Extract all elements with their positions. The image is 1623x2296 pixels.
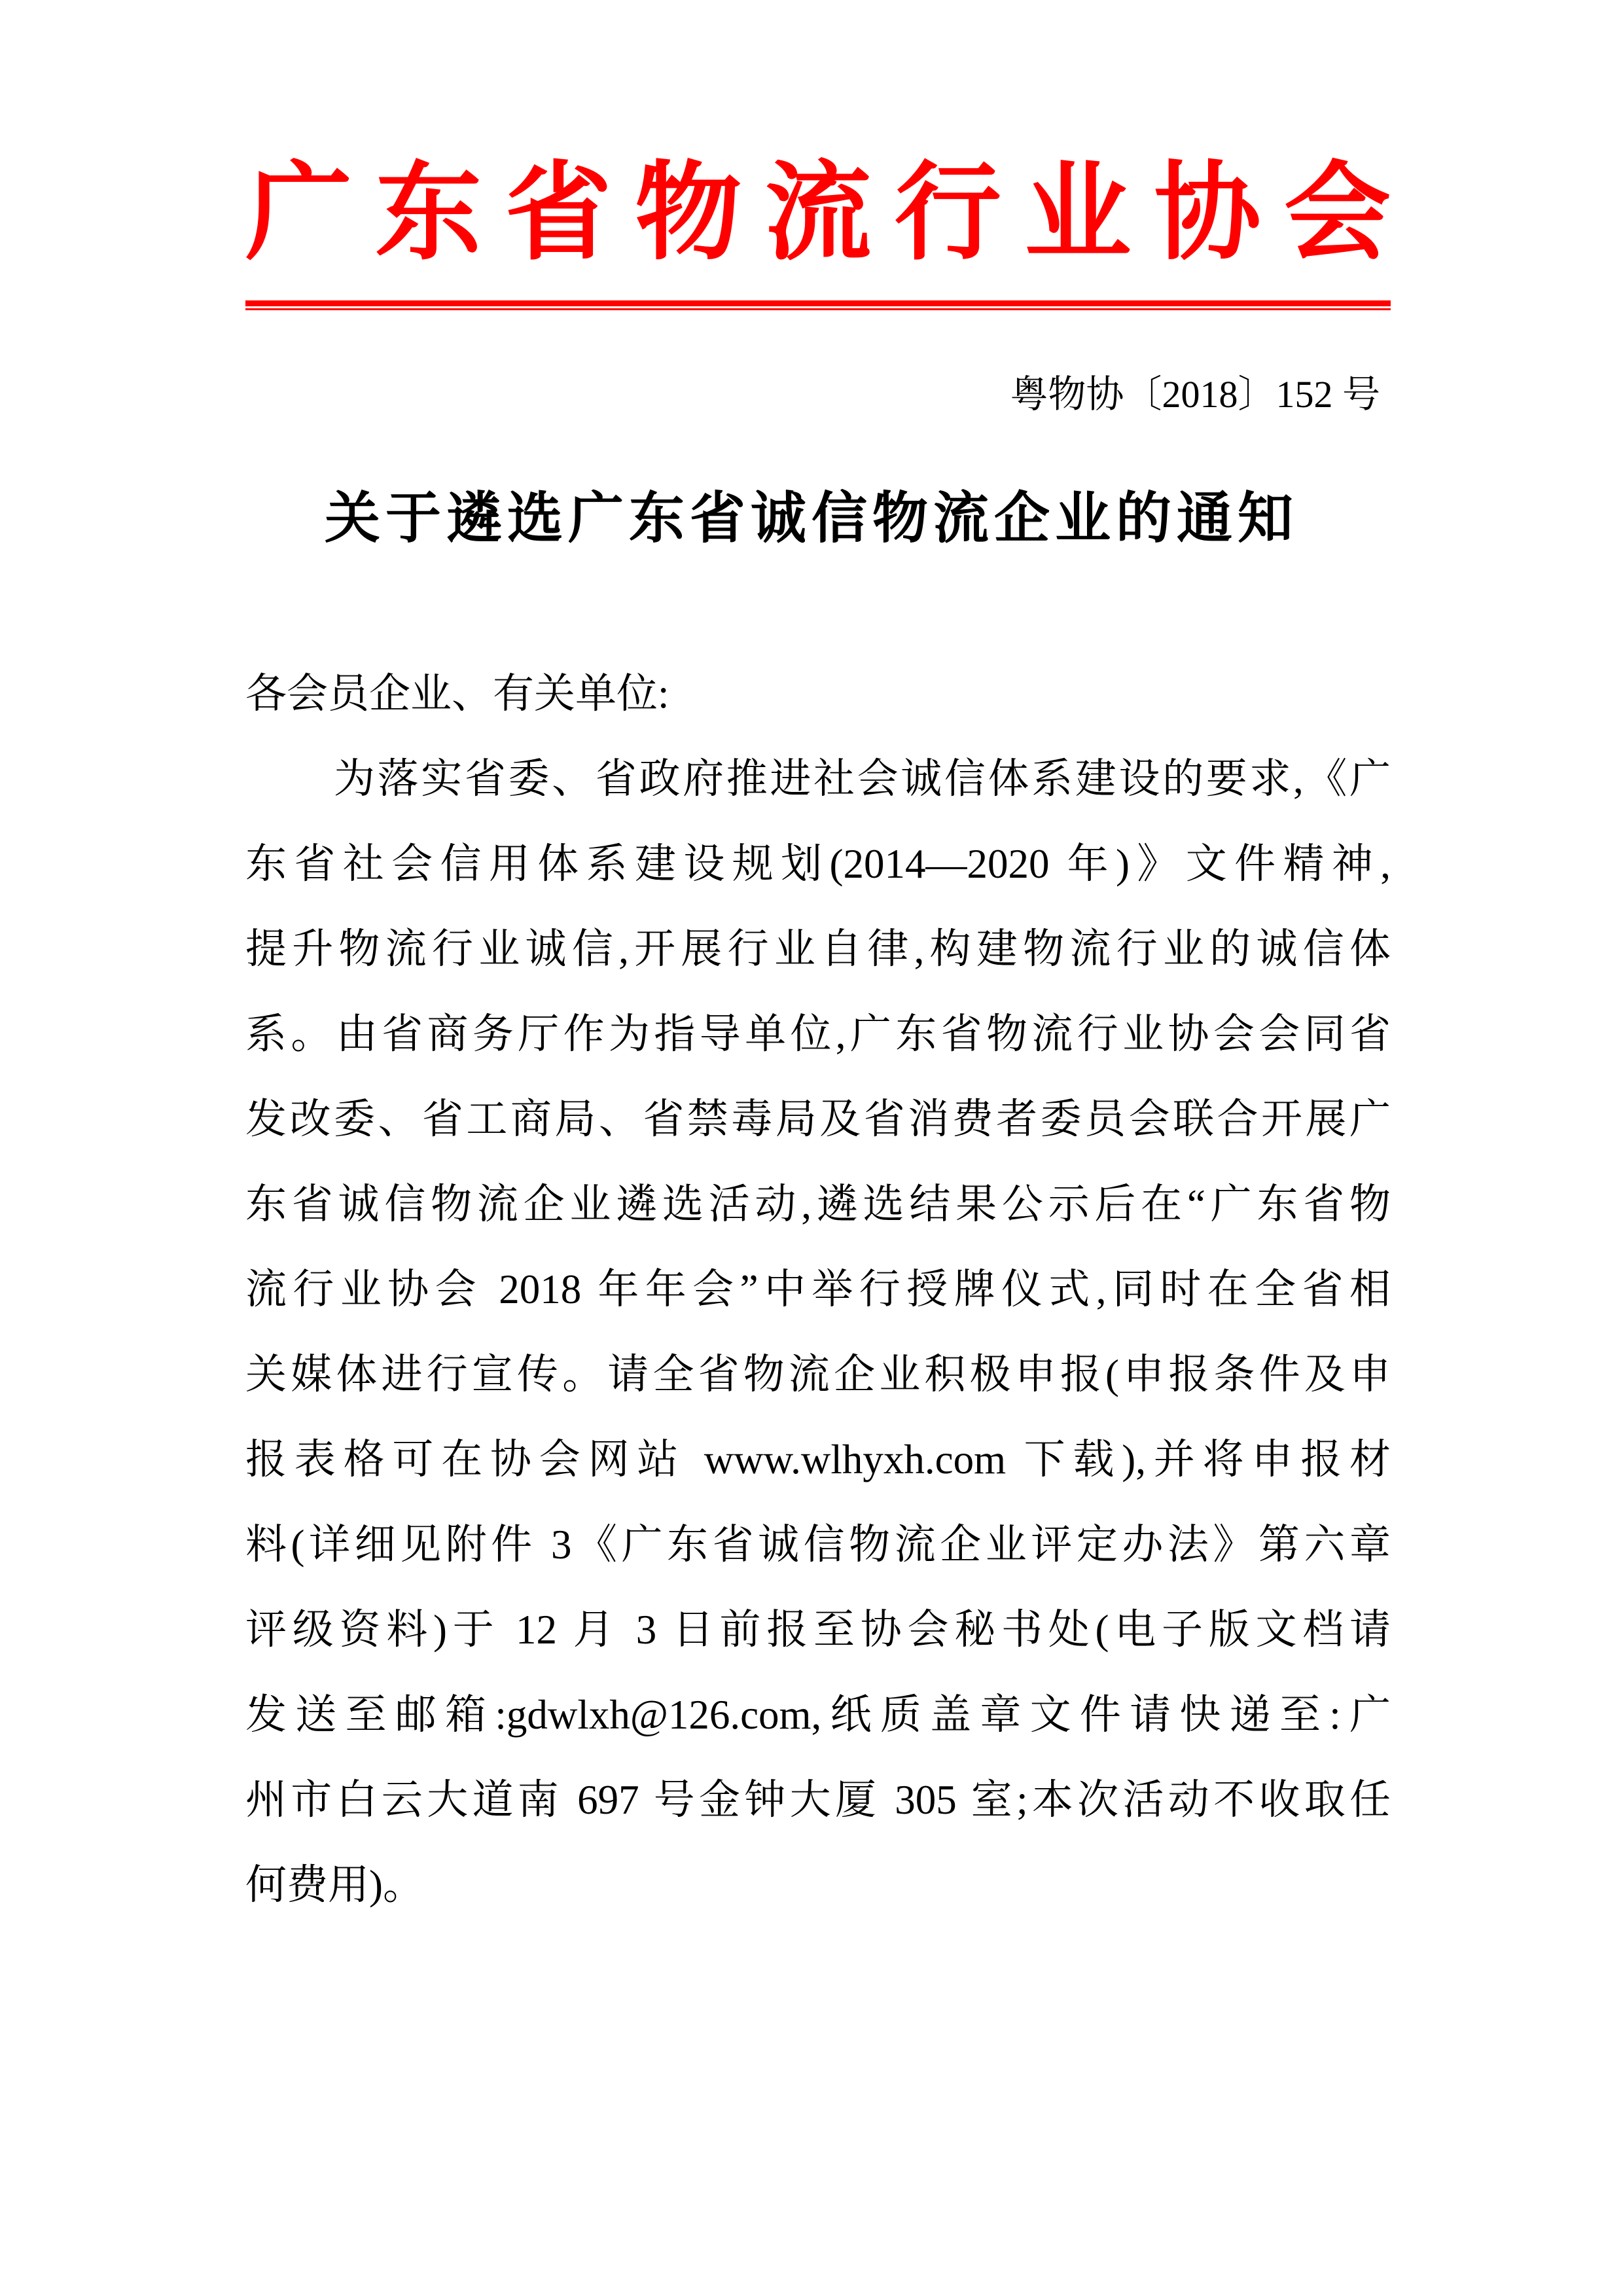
salutation-line: 各会员企业、有关单位: <box>245 651 1391 736</box>
red-header-divider <box>245 300 1391 310</box>
org-masthead-title: 广东省物流行业协会 <box>245 152 1391 276</box>
body-line: 东省社会信用体系建设规划(2014—2020 年)》文件精神, <box>245 821 1391 906</box>
body-line: 为落实省委、省政府推进社会诚信体系建设的要求,《广 <box>245 736 1391 821</box>
notice-body: 各会员企业、有关单位: 为落实省委、省政府推进社会诚信体系建设的要求,《广 东省… <box>245 651 1391 1928</box>
body-line: 流行业协会 2018 年年会”中举行授牌仪式,同时在全省相 <box>245 1247 1391 1332</box>
divider-thin-line <box>245 308 1391 310</box>
body-line: 料(详细见附件 3《广东省诚信物流企业评定办法》第六章 <box>245 1502 1391 1587</box>
body-line: 评级资料)于 12 月 3 日前报至协会秘书处(电子版文档请 <box>245 1587 1391 1672</box>
body-line: 何费用)。 <box>245 1842 1391 1928</box>
body-line: 发改委、省工商局、省禁毒局及省消费者委员会联合开展广 <box>245 1077 1391 1162</box>
body-line: 提升物流行业诚信,开展行业自律,构建物流行业的诚信体 <box>245 906 1391 992</box>
document-page: 广东省物流行业协会 粤物协〔2018〕152 号 关于遴选广东省诚信物流企业的通… <box>0 0 1623 2296</box>
body-line: 报表格可在协会网站 www.wlhyxh.com 下载),并将申报材 <box>245 1417 1391 1502</box>
document-reference-number: 粤物协〔2018〕152 号 <box>245 368 1391 421</box>
body-line: 发送至邮箱:gdwlxh@126.com,纸质盖章文件请快递至:广 <box>245 1672 1391 1757</box>
body-line: 州市白云大道南 697 号金钟大厦 305 室;本次活动不收取任 <box>245 1757 1391 1842</box>
body-line: 系。由省商务厅作为指导单位,广东省物流行业协会会同省 <box>245 992 1391 1077</box>
body-line: 关媒体进行宣传。请全省物流企业积极申报(申报条件及申 <box>245 1332 1391 1417</box>
notice-title: 关于遴选广东省诚信物流企业的通知 <box>0 483 1623 555</box>
body-line: 东省诚信物流企业遴选活动,遴选结果公示后在“广东省物 <box>245 1162 1391 1247</box>
divider-thick-line <box>245 300 1391 306</box>
